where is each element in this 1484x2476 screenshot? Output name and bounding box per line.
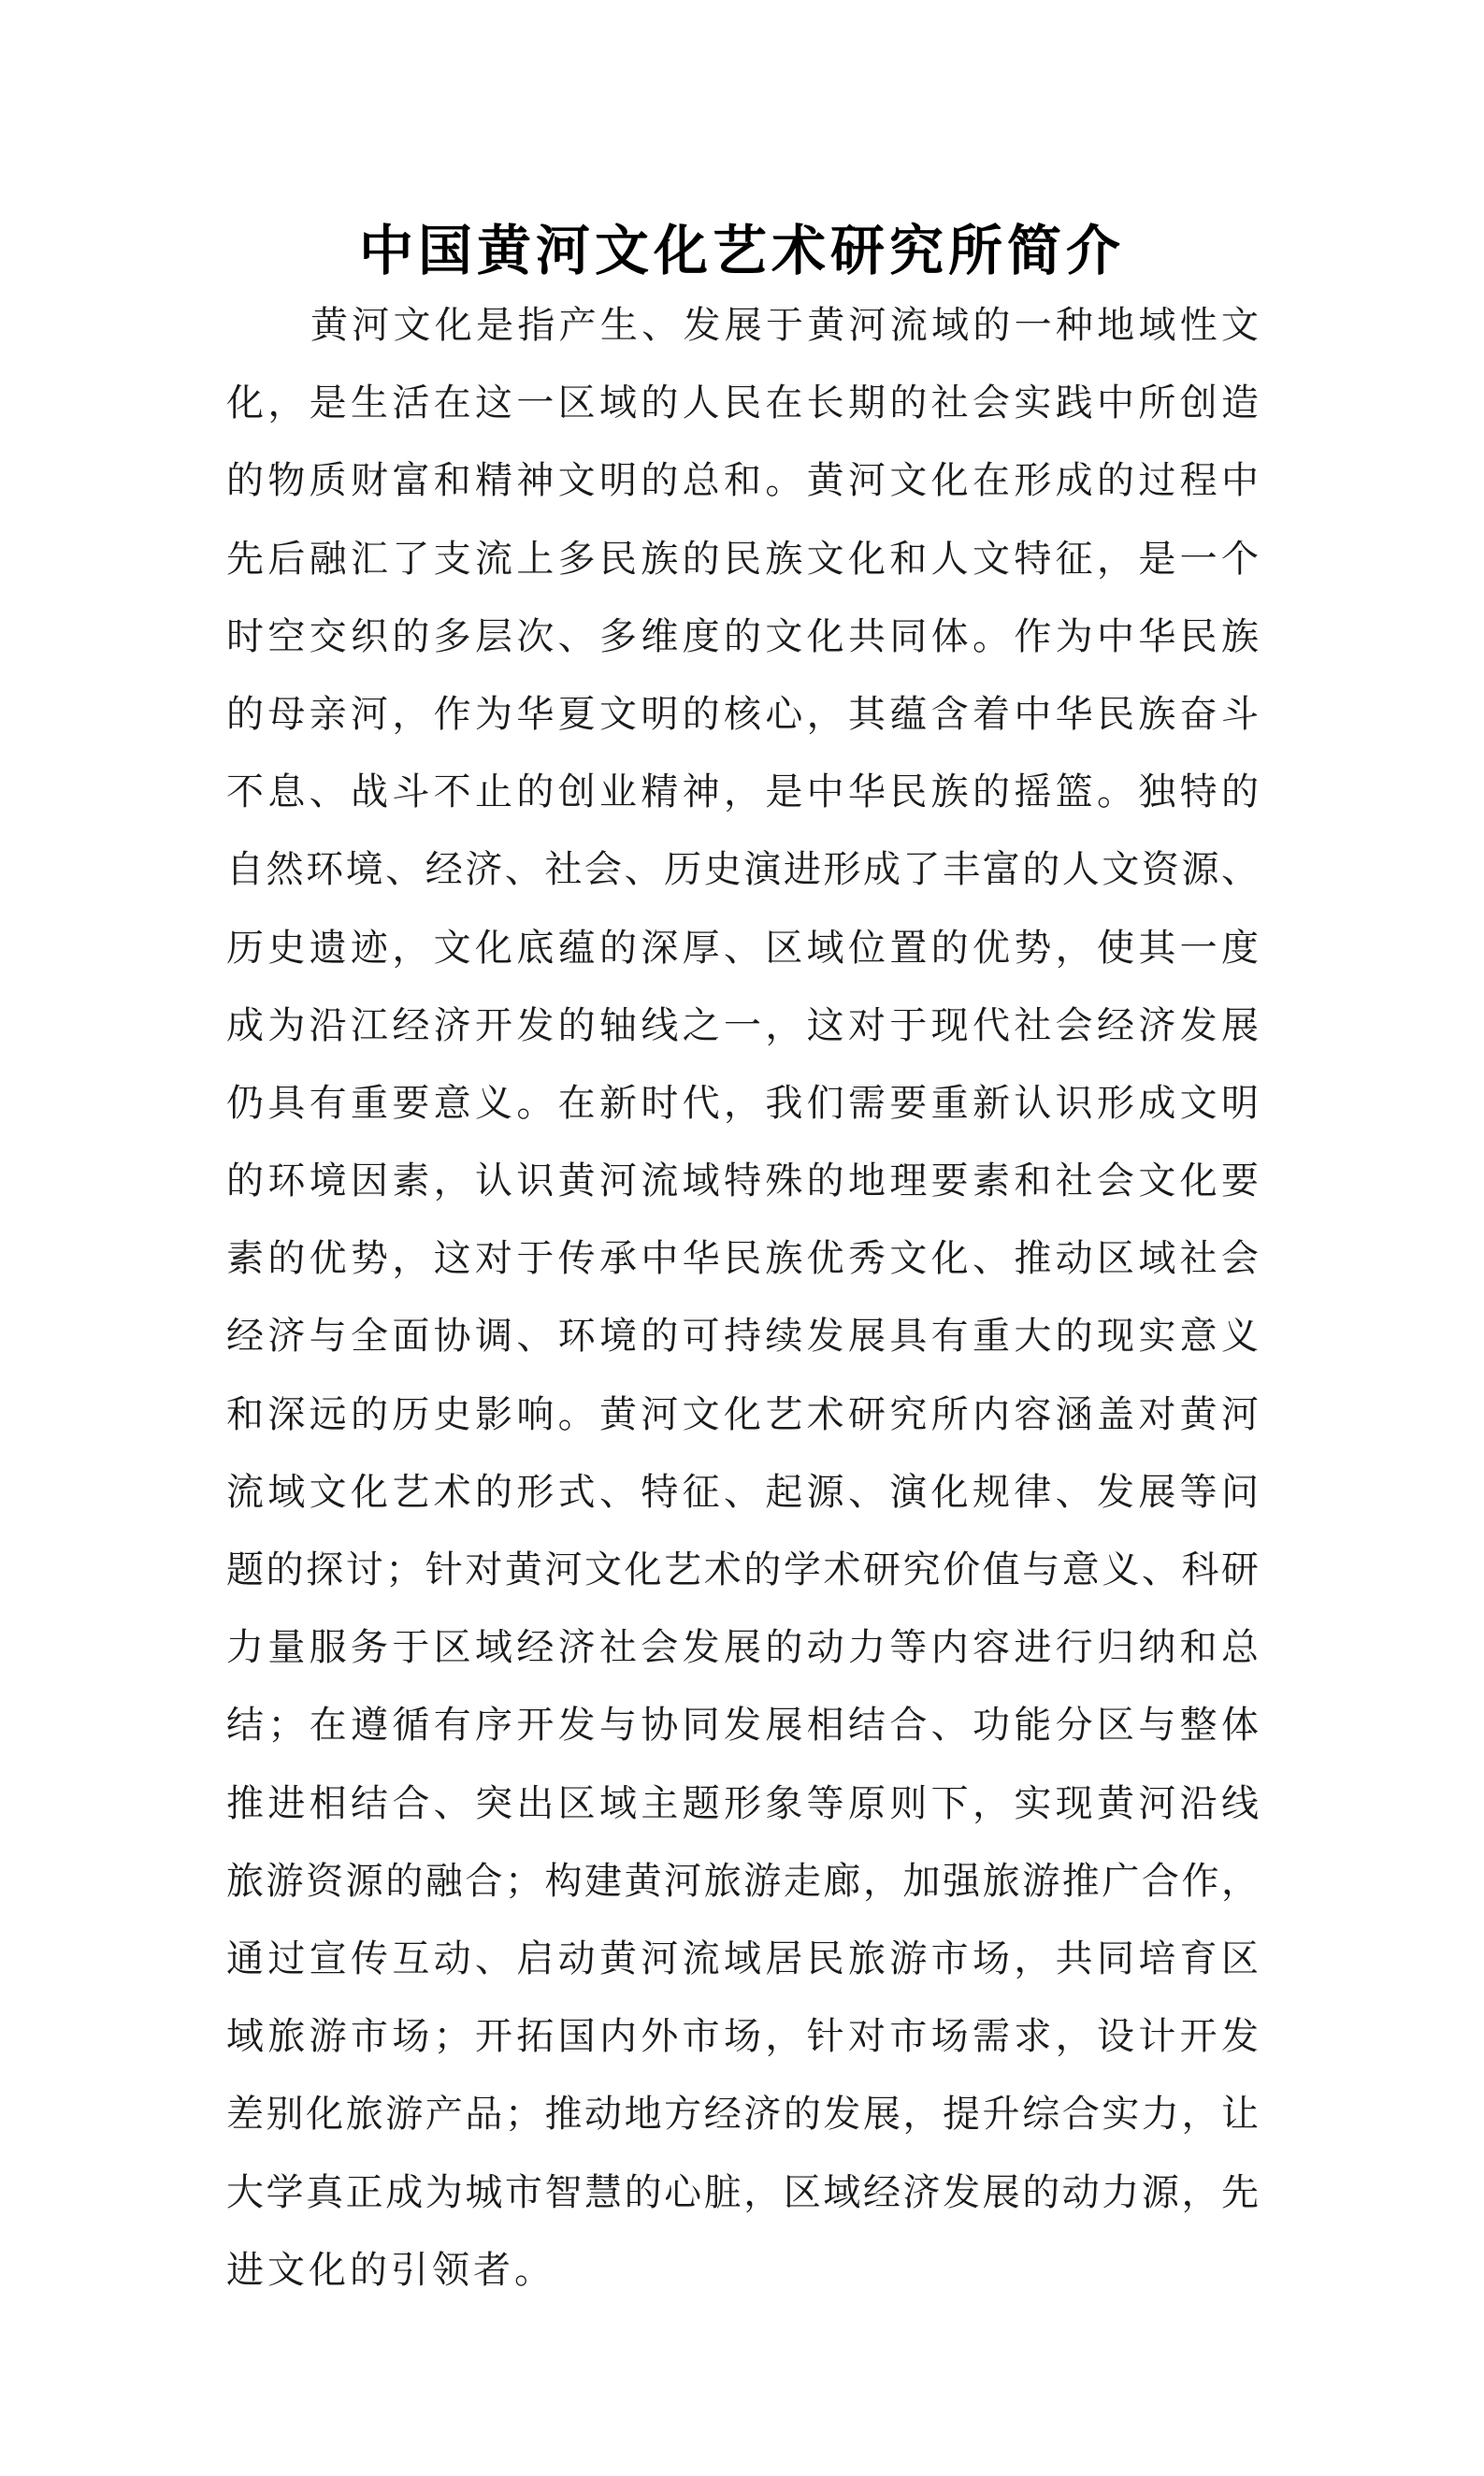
paragraph-line: 素的优势，这对于传承中华民族优秀文化、推动区域社会 <box>226 1231 1259 1308</box>
paragraph-line: 历史遗迹，文化底蕴的深厚、区域位置的优势，使其一度 <box>226 920 1259 998</box>
paragraph-line: 通过宣传互动、启动黄河流域居民旅游市场，共同培育区 <box>226 1931 1259 2008</box>
body-paragraph: 黄河文化是指产生、发展于黄河流域的一种地域性文 化，是生活在这一区域的人民在长期… <box>226 297 1259 2320</box>
paragraph-line: 时空交织的多层次、多维度的文化共同体。作为中华民族 <box>226 609 1259 686</box>
paragraph-line: 的物质财富和精神文明的总和。黄河文化在形成的过程中 <box>226 453 1259 530</box>
paragraph-line: 先后融汇了支流上多民族的民族文化和人文特征，是一个 <box>226 531 1259 609</box>
paragraph-line: 的环境因素，认识黄河流域特殊的地理要素和社会文化要 <box>226 1153 1259 1231</box>
paragraph-line: 差别化旅游产品；推动地方经济的发展，提升综合实力，让 <box>226 2086 1259 2164</box>
paragraph-line: 大学真正成为城市智慧的心脏，区域经济发展的动力源，先 <box>226 2165 1259 2242</box>
paragraph-line: 题的探讨；针对黄河文化艺术的学术研究价值与意义、科研 <box>226 1542 1259 1619</box>
paragraph-line: 仍具有重要意义。在新时代，我们需要重新认识形成文明 <box>226 1075 1259 1153</box>
paragraph-line: 推进相结合、突出区域主题形象等原则下，实现黄河沿线 <box>226 1776 1259 1853</box>
paragraph-line: 的母亲河，作为华夏文明的核心，其蕴含着中华民族奋斗 <box>226 686 1259 764</box>
paragraph-line: 自然环境、经济、社会、历史演进形成了丰富的人文资源、 <box>226 842 1259 919</box>
document-page: 中国黄河文化艺术研究所简介 黄河文化是指产生、发展于黄河流域的一种地域性文 化，… <box>0 0 1484 2476</box>
paragraph-line: 化，是生活在这一区域的人民在长期的社会实践中所创造 <box>226 375 1259 453</box>
paragraph-line: 结；在遵循有序开发与协同发展相结合、功能分区与整体 <box>226 1697 1259 1775</box>
paragraph-line: 经济与全面协调、环境的可持续发展具有重大的现实意义 <box>226 1308 1259 1386</box>
paragraph-line: 和深远的历史影响。黄河文化艺术研究所内容涵盖对黄河 <box>226 1387 1259 1464</box>
paragraph-line: 成为沿江经济开发的轴线之一，这对于现代社会经济发展 <box>226 998 1259 1075</box>
paragraph-line: 旅游资源的融合；构建黄河旅游走廊，加强旅游推广合作， <box>226 1853 1259 1931</box>
paragraph-line: 进文化的引领者。 <box>226 2242 1259 2320</box>
page-title: 中国黄河文化艺术研究所简介 <box>0 220 1484 281</box>
paragraph-line: 不息、战斗不止的创业精神，是中华民族的摇篮。独特的 <box>226 764 1259 842</box>
paragraph-line: 黄河文化是指产生、发展于黄河流域的一种地域性文 <box>226 297 1259 375</box>
paragraph-line: 流域文化艺术的形式、特征、起源、演化规律、发展等问 <box>226 1464 1259 1542</box>
paragraph-line: 力量服务于区域经济社会发展的动力等内容进行归纳和总 <box>226 1619 1259 1697</box>
paragraph-line: 域旅游市场；开拓国内外市场，针对市场需求，设计开发 <box>226 2008 1259 2086</box>
